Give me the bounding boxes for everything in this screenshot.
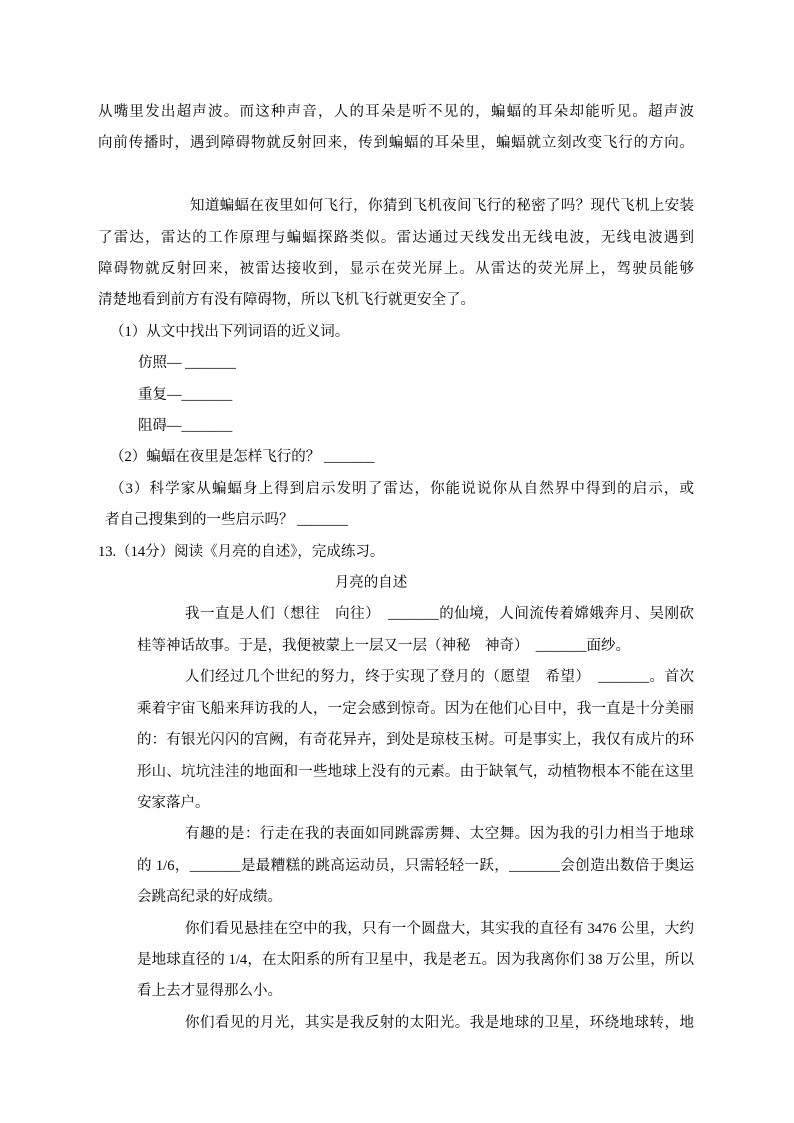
passage-line: 知道蝙蝠在夜里如何飞行，你猜到飞机夜间飞行的秘密了吗？现代飞机上安装 [98,191,694,222]
passage-line: 向前传播时，遇到障碍物就反射回来，传到蝙蝠的耳朵里，蝙蝠就立刻改变飞行的方向。 [98,128,694,159]
passage-line: 从嘴里发出超声波。而这种声音，人的耳朵是听不见的，蝙蝠的耳朵却能听见。超声波 [98,97,694,128]
passage-line: 你们看见悬挂在空中的我，只有一个圆盘大，其实我的直径有 3476 公里，大约 [137,914,694,945]
blank-line [98,160,694,191]
passage-line: 形山、坑坑洼洼的地面和一些地球上没有的元素。由于缺氧气，动植物根本不能在这里 [137,757,694,788]
question-1-label: （1）从文中找出下列词语的近义词。 [98,317,694,348]
passage-line: 桂等神话故事。于是，我便被蒙上一层又一层（神秘 神奇） _______面纱。 [137,631,694,662]
passage-line: 人们经过几个世纪的努力，终于实现了登月的（愿望 希望） _______。首次 [137,662,694,693]
question-3-label: （3）科学家从蝙蝠身上得到启示发明了雷达，你能说说你从自然界中得到的启示，或 [98,474,694,505]
question-2-label: （2）蝙蝠在夜里是怎样飞行的？ _______ [98,442,694,473]
question-3-continuation: 者自己搜集到的一些启示吗？ _______ [98,505,694,536]
exam-document-page: 从嘴里发出超声波。而这种声音，人的耳朵是听不见的，蝙蝠的耳朵却能听见。超声波 向… [0,0,794,1123]
passage-line: 有趣的是：行走在我的表面如同跳霹雳舞、太空舞。因为我的引力相当于地球 [137,819,694,850]
passage-line: 障碍物就反射回来，被雷达接收到，显示在荧光屏上。从雷达的荧光屏上，驾驶员能够 [98,254,694,285]
passage-line: 看上去才显得那么小。 [137,976,694,1007]
passage-line: 你们看见的月光，其实是我反射的太阳光。我是地球的卫星，环绕地球转，地 [137,1008,694,1039]
question-13-header: 13.（14分）阅读《月亮的自述》，完成练习。 [98,537,694,568]
document-text-area: 从嘴里发出超声波。而这种声音，人的耳朵是听不见的，蝙蝠的耳朵却能听见。超声波 向… [98,97,694,1039]
passage-title: 月亮的自述 [98,568,644,599]
passage-line: 清楚地看到前方有没有障碍物，所以飞机飞行就更安全了。 [98,285,694,316]
passage-line: 我一直是人们（想往 向往） _______的仙境，人间流传着嫦娥奔月、吴刚砍 [137,599,694,630]
answer-blank-fangzhao: 仿照— _______ [98,348,694,379]
passage-line: 是地球直径的 1/4，在太阳系的所有卫星中，我是老五。因为我离你们 38 万公里… [137,945,694,976]
passage-line: 安家落户。 [137,788,694,819]
passage-line: 的 1/6，_______是最糟糕的跳高运动员，只需轻轻一跃，_______会创… [137,851,694,882]
answer-blank-chongfu: 重复—_______ [98,380,694,411]
passage-line: 的：有银光闪闪的宫阙，有奇花异卉，到处是琼枝玉树。可是事实上，我仅有成片的环 [137,725,694,756]
answer-blank-zuai: 阻碍—_______ [98,411,694,442]
passage-line: 乘着宇宙飞船来拜访我的人，一定会感到惊奇。因为在他们心目中，我一直是十分美丽 [137,694,694,725]
passage-line: 了雷达，雷达的工作原理与蝙蝠探路类似。雷达通过天线发出无线电波，无线电波遇到 [98,223,694,254]
passage-line: 会跳高纪录的好成绩。 [137,882,694,913]
